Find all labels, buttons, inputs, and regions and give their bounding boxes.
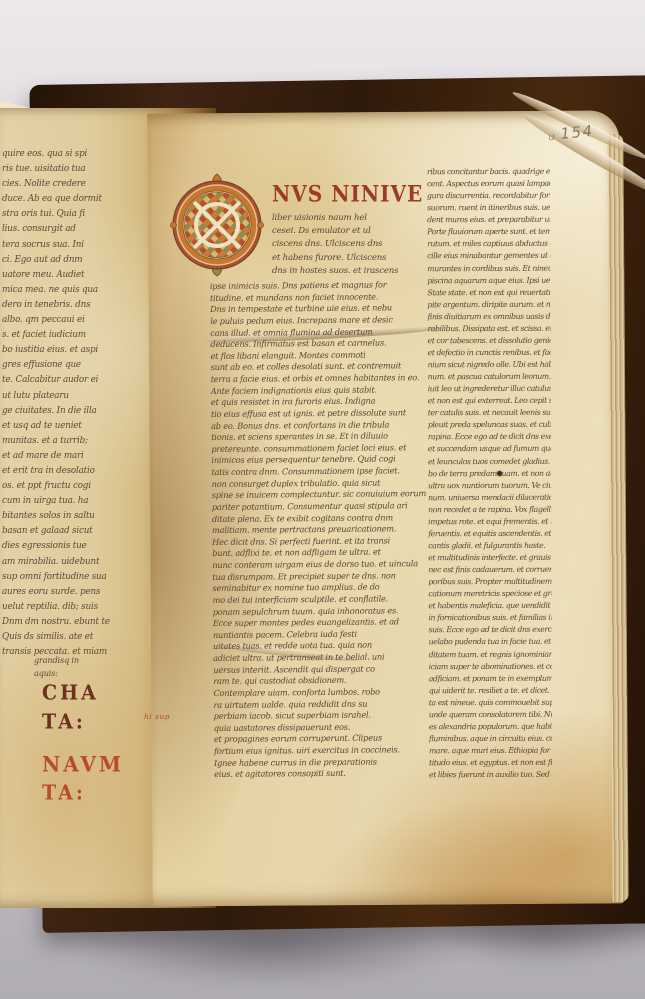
manuscript-line: nec est finis cadauerum. et corruent in … [428,564,551,576]
manuscript-line: cantis gladii. et fulgurantis haste. [428,540,551,552]
rubric-capitals-line: TA: [42,707,124,738]
manuscript-line: rapina. Ecce ego ad te dicit dns exercit… [428,431,551,443]
manuscript-line-fragment: et usq ad te ueniet [2,419,129,434]
manuscript-line-fragment: ci. Ego aut ad dnm [2,253,129,268]
photo-stage: quire eos. qua si spiris tue. uisitatio … [0,0,645,999]
manuscript-line: suorum. ruent in itineribus suis. ueloci… [427,202,550,214]
manuscript-line: finis diuitiarum ex omnibus uasis deside [427,311,550,323]
manuscript-line-fragment: cies. Nolite credere [2,177,129,192]
manuscript-line: mare. aque muri eius. Ethiopia for [429,745,552,757]
manuscript-line: feruentis. et equitis ascendentis. et mi [428,528,551,540]
manuscript-line-fragment: lius. consurgit ad [2,222,129,237]
facing-page-text-tail: grandisq inaquis: [34,654,79,679]
manuscript-line: et succendam usque ad fumum quadrigas tu… [428,443,551,455]
pencil-mark: u [548,132,555,144]
manuscript-line: et habentis maleficia. que uendidit gent… [428,600,551,612]
manuscript-line-fragment: stra oris tui. Quia fi [2,207,129,222]
manuscript-line-fragment: cum in uirga tua. ha [2,494,129,509]
manuscript-line: gura discurrentia. recordabitur fortium [427,190,550,202]
manuscript-line-fragment: duce. Ab ea que dormit [2,192,129,207]
text-column-left-indented: liber uisionis naum helcesei. Ds emulato… [272,212,430,278]
manuscript-line-fragment: ris tue. uisitatio tua [2,162,129,177]
manuscript-line: pretereunte. consummationem faciet loci … [211,442,432,456]
manuscript-line: ter catulis suis. et necauit leenis suis… [428,407,551,419]
manuscript-line: et multitudinis interfecte. et grauis ru… [428,552,551,564]
manuscript-line: rabilibus. Dissipata est. et scissa. et … [427,323,550,335]
rubric-capitals-line: CHA [42,678,124,709]
manuscript-line-fragment: Dnm dm nostru. ebunt te [2,615,129,630]
manuscript-line: ciscens dns. Ulciscens dns [272,238,430,251]
manuscript-line: tio eius effusa est ut ignis. et petre d… [211,407,432,421]
manuscript-line: bo de terra predam tuam. et non audietur [428,467,551,479]
manuscript-line-fragment: s. et faciet iudicium [2,328,129,343]
manuscript-line: titudo eius. et egyptus. et non est fini… [429,757,552,769]
manuscript-line-fragment: quire eos. qua si spi [2,147,129,162]
manuscript-line-fragment: dero in tenebris. dns [2,298,129,313]
manuscript-line-fragment: gres effusione que [2,358,129,373]
manuscript-line: tatis contra dnm. Consummationem ipse fa… [211,465,432,479]
manuscript-line: unde queram consolatorem tibi. Numquid m… [429,709,552,721]
ink-blot [497,471,502,476]
manuscript-line: ta est nineue. quis commouebit super te … [429,697,552,709]
manuscript-line-fragment: albo. qm peccaui ei [2,313,129,328]
manuscript-line: num. et pascua catulorum leonum. Ad quam [428,371,551,383]
manuscript-line: nium sicut nigredo olle. Ubi est habitac… [428,359,551,371]
manuscript-line-fragment: ge ciuitates. In die illa [2,404,129,419]
manuscript-line: dent muros eius. et preparabitur umbracu… [427,214,550,226]
manuscript-line-fragment: uelut reptilia. dib; suis [2,600,129,615]
manuscript-line: ultra uox nuntiorum tuorum. Ve ciuitas s… [428,479,551,491]
manuscript-line: terra a facie eius. et orbis et omnes ha… [211,372,432,386]
manuscript-line-fragment: et ad mare de mari [2,449,129,464]
manuscript-line-fragment: Quis ds similis. ate et [2,630,129,645]
manuscript-line: pite argentum. diripite aurum. et non es… [427,298,550,310]
rubric-heading: NVS NINIVE [272,181,423,207]
manuscript-line: rutum. et miles captiuus abductus est. e… [427,238,550,250]
manuscript-line: iuit leo ut ingrederetur illuc catulus l… [428,383,551,395]
manuscript-line: Porte fluuiorum aperte sunt. et templum … [427,226,550,238]
facing-page-text-column: quire eos. qua si spiris tue. uisitatio … [2,147,129,660]
manuscript-line: piscina aquarum aque eius. Ipsi uero fug… [427,274,550,286]
manuscript-line-fragment: dies egressionis tue [2,539,129,554]
manuscript-line-fragment: basan et galaad sicut [2,524,129,539]
manuscript-line-fragment: os. et ppt fructu cogi [2,479,129,494]
manuscript-line: eius. et agitatores consopiti sunt. [214,767,435,781]
rubric-capitals-line: NAVM [42,749,124,780]
manuscript-line: pariter potantium. Consumentur quasi sti… [212,500,433,514]
manuscript-line: es alexandria populorum. que habitat in [429,721,552,733]
manuscript-line: adficiam. et ponam te in exemplum. et er… [429,672,552,684]
manuscript-line: poribus suis. Propter multitudinem forni [428,576,551,588]
manuscript-line: ribus concitantur bacis. quadrige et ite… [427,166,550,178]
manuscript-line: et habens furore. Ulciscens [272,252,430,265]
red-margin-note: hi sup [144,712,170,721]
manuscript-line: pleuit preda speluncas suas. et cubile s… [428,419,551,431]
manuscript-line-fragment: te. Calcabitur audor ei [2,373,129,388]
explicit-incipit-rubric: CHATA:NAVMTA: [42,679,124,808]
manuscript-line-fragment: grandisq in [34,654,79,667]
rubric-capitals-line: TA: [42,778,124,809]
manuscript-line: cationum meretricis speciose et grate. [428,588,551,600]
manuscript-line: et non est qui exterreat. Leo cepit suff… [428,395,551,407]
manuscript-line: uelabo pudenda tua in facie tua. et oste… [429,636,552,648]
manuscript-line-fragment: uatore meu. Audiet [2,268,129,283]
manuscript-line: et leunculos tuos comedet gladius. et ex… [428,455,551,467]
manuscript-line-fragment: aures eoru surde. pens [2,585,129,600]
manuscript-line: num. uniuersa mendacii dilaceratione ple… [428,491,551,503]
manuscript-line: cesei. Ds emulator et ul [272,225,430,238]
manuscript-line: State state. et non est qui reuertatur. … [427,286,550,298]
folio-number-value: 154 [560,122,595,143]
manuscript-line: in fornicationibus suis. et familias in … [428,612,551,624]
manuscript-line: et cor tabescens. et dissolutio geniculo… [428,335,551,347]
illuminated-initial-medallion [167,173,267,277]
manuscript-line: cent. Aspectus eorum quasi lampades. qua… [427,178,550,190]
manuscript-line-fragment: bitantes solos in saltu [2,509,129,524]
manuscript-line: suis. Ecce ego ad te dicit dns exercituu… [429,624,552,636]
manuscript-line: liber uisionis naum hel [272,212,430,225]
manuscript-line: dns in hostes suos. et irascens [272,265,430,278]
manuscript-line-fragment: munitas. et a turrib; [2,434,129,449]
text-column-left: ipse inimicis suis. Dns patiens et magnu… [210,279,435,781]
manuscript-line-fragment: tera socrus sua. Ini [2,238,129,253]
manuscript-line-fragment: mica mea. ne quis qua [2,283,129,298]
manuscript-line: impetus rote. et equi frementis. et quad… [428,516,551,528]
manuscript-line: ditatem tuam. et regnis ignominiam tuam.… [429,648,552,660]
manuscript-line-fragment: et erit tra in desolatio [2,464,129,479]
text-column-right: ribus concitantur bacis. quadrige et ite… [427,166,552,782]
manuscript-line-fragment: sup omni fortitudine sua [2,570,129,585]
manuscript-line-fragment: ut lutu platearu [2,389,129,404]
manuscript-line: murantes in cordibus suis. Et nineue qua… [427,262,550,274]
manuscript-line: non recedet a te rapina. Vox flagelli. e… [428,504,551,516]
manuscript-line-fragment: bo iustitia eius. et aspi [2,343,129,358]
manuscript-line: iciam super te abominationes. et contume… [429,660,552,672]
manuscript-line: fluminibus. aque in circuitu eius. cuius… [429,733,552,745]
manuscript-line-fragment: am mirabilia. uidebunt [2,555,129,570]
manuscript-line: nunc conteram uirgam eius de dorso tuo. … [212,558,433,572]
manuscript-line: cille eius minabantur gementes ut columb… [427,250,550,262]
manuscript-line: et libies fuerunt in auxilio tuo. Sed et… [429,769,552,781]
manuscript-line: et defectio in cunctis renibus. et facie… [428,347,551,359]
manuscript-line: qui uiderit te. resiliet a te. et dicet.… [429,684,552,696]
